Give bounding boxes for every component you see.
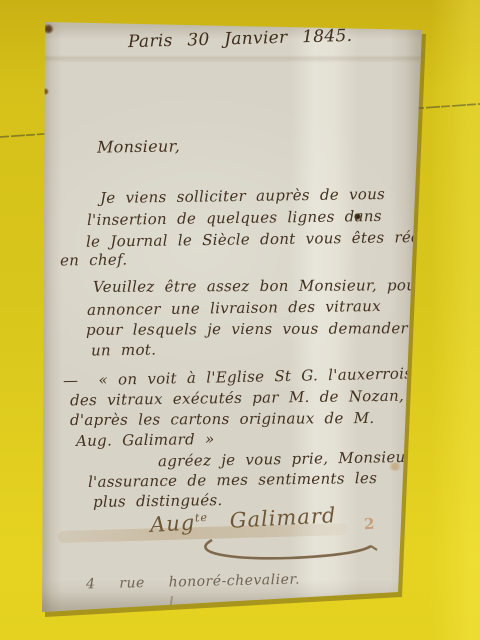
photo-background: Paris 30 Janvier 1845. Monsieur, Je vien… bbox=[0, 0, 480, 640]
